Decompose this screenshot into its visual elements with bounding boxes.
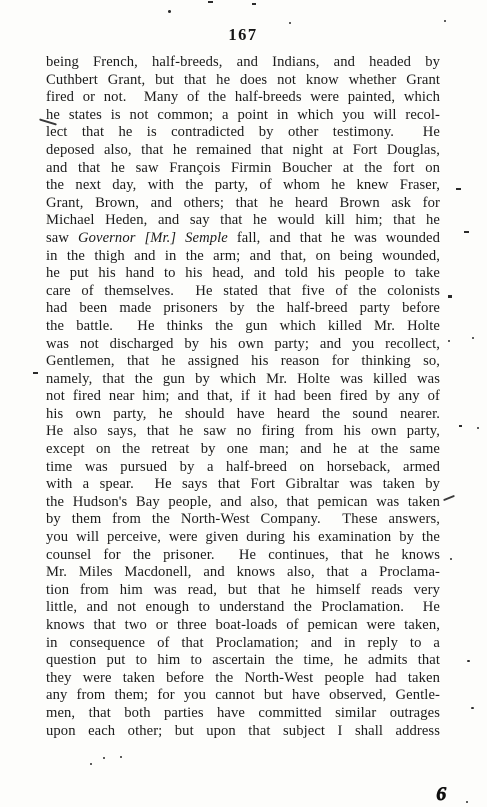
text-line: had been made prisoners by the half-bree…: [46, 300, 440, 318]
scan-speck: [450, 558, 452, 560]
scan-speck: [90, 763, 92, 765]
text-line: time was pursued by a half-breed on hors…: [46, 459, 440, 477]
scan-speck: [471, 707, 474, 709]
text-line: deposed also, that he remained that nigh…: [46, 142, 440, 160]
book-page: 167 being French, half-breeds, and India…: [0, 0, 487, 807]
scan-speck: [466, 801, 468, 803]
text-line: except on the retreat by one man; and he…: [46, 441, 440, 459]
text-line: question put to him to ascertain the tim…: [46, 652, 440, 670]
scan-speck: [33, 372, 38, 374]
text-line: Grant, Brown, and others; that he heard …: [46, 195, 440, 213]
scan-speck: [444, 20, 446, 22]
scan-speck: [208, 1, 213, 3]
scan-speck: [459, 425, 462, 427]
text-line: by them from the North-West Company. The…: [46, 511, 440, 529]
text-line: namely, that the gun by which Mr. Holte …: [46, 371, 440, 389]
text-line: little, and not enough to understand the…: [46, 599, 440, 617]
text-line: saw Governor [Mr.] Semple fall, and that…: [46, 230, 440, 248]
scan-speck: [168, 10, 171, 13]
scan-speck: [467, 660, 470, 662]
text-line: Mr. Miles Macdonell, and knows also, tha…: [46, 564, 440, 582]
text-line: upon each other; but upon that subject I…: [46, 723, 440, 741]
text-line: the next day, with the party, of whom he…: [46, 177, 440, 195]
text-line: tion from him was read, but that he hims…: [46, 582, 440, 600]
scan-speck: [464, 231, 469, 233]
text-line: being French, half-breeds, and Indians, …: [46, 54, 440, 72]
text-line: Cuthbert Grant, but that he does not kno…: [46, 72, 440, 90]
scan-speck: [103, 757, 105, 759]
text-line: in the thigh and in the arm; and that, o…: [46, 248, 440, 266]
text-line: he put his hand to his head, and told hi…: [46, 265, 440, 283]
scan-speck: [456, 188, 461, 190]
scan-speck: [477, 427, 479, 429]
scan-speck: [448, 340, 450, 342]
text-line: care of themselves. He stated that five …: [46, 283, 440, 301]
text-line: counsel for the prisoner. He continues, …: [46, 547, 440, 565]
signature-mark: 6: [436, 783, 446, 806]
text-line: lect that he is contradicted by other te…: [46, 124, 440, 142]
text-line: He also says, that he saw no firing from…: [46, 423, 440, 441]
text-line: fired or not. Many of the half-breeds we…: [46, 89, 440, 107]
scan-speck: [472, 337, 474, 339]
text-line: Gentlemen, that he assigned his reason f…: [46, 353, 440, 371]
text-line: was not discharged by his own party; and…: [46, 336, 440, 354]
scan-speck: [289, 22, 291, 24]
text-line: they were taken before the North-West pe…: [46, 670, 440, 688]
text-line: you will perceive, were given during his…: [46, 529, 440, 547]
text-line: the Hudson's Bay people, and also, that …: [46, 494, 440, 512]
page-number: 167: [46, 25, 440, 45]
text-line: he states is not common; a point in whic…: [46, 107, 440, 125]
text-line: knows that two or three boat-loads of pe…: [46, 617, 440, 635]
text-line: any from them; for you cannot but have o…: [46, 687, 440, 705]
text-line: with a spear. He says that Fort Gibralta…: [46, 476, 440, 494]
text-line: the battle. He thinks the gun which kill…: [46, 318, 440, 336]
text-line: men, that both parties have committed si…: [46, 705, 440, 723]
body-text: being French, half-breeds, and Indians, …: [46, 54, 440, 740]
scan-speck: [448, 295, 452, 298]
text-line: Michael Heden, and say that he would kil…: [46, 212, 440, 230]
text-line: his own party, he should have heard the …: [46, 406, 440, 424]
text-line: and that he saw François Firmin Boucher …: [46, 160, 440, 178]
scan-speck: [252, 3, 256, 5]
pen-flick-mark: [443, 495, 455, 501]
scan-speck: [120, 756, 122, 758]
text-line: in consequence of that Proclamation; and…: [46, 635, 440, 653]
text-line: not fired near him; and that, if it had …: [46, 388, 440, 406]
